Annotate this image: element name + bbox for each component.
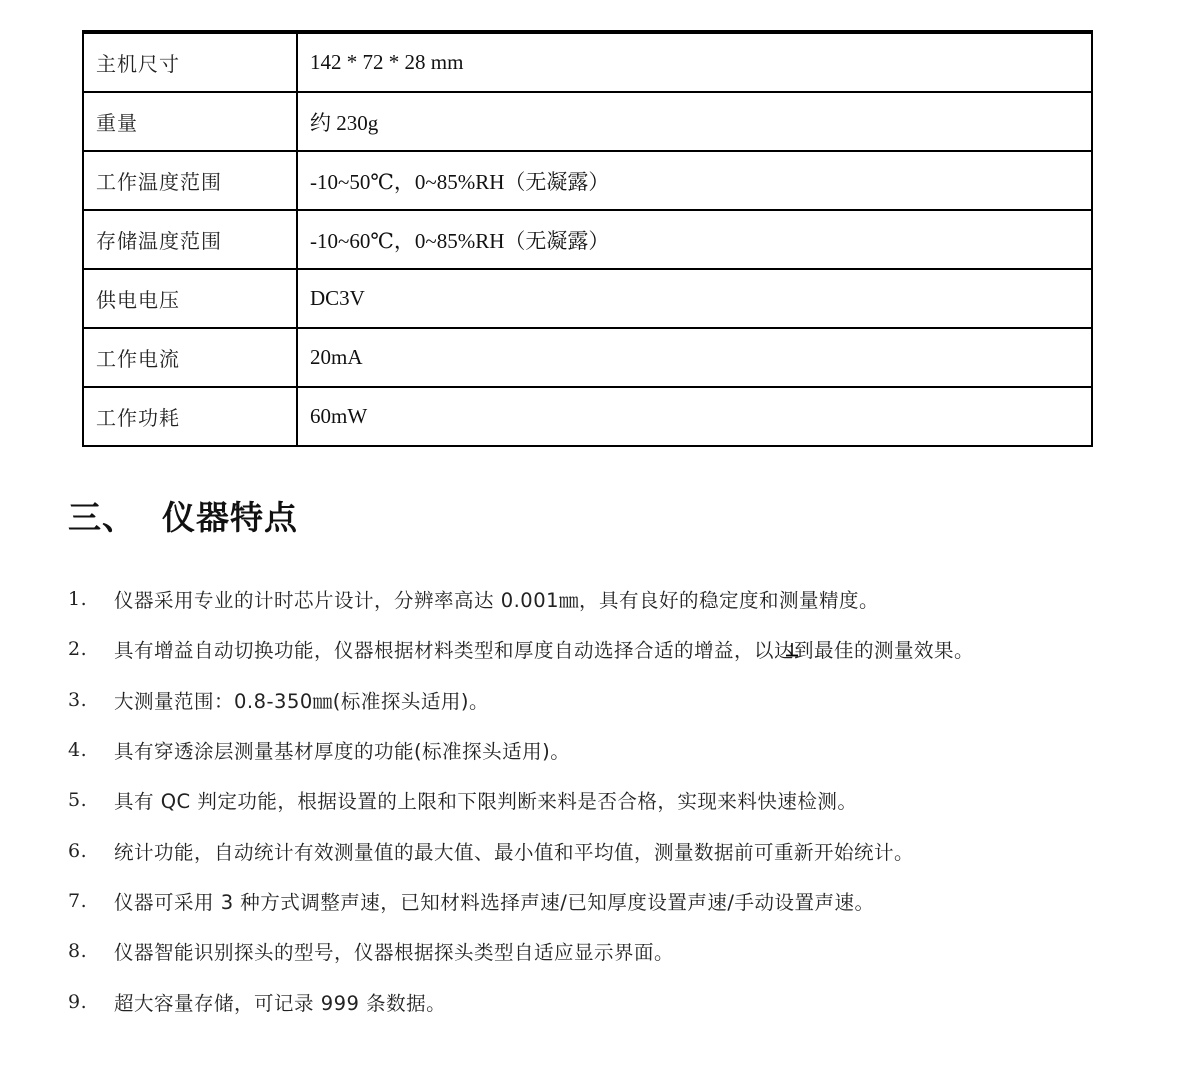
list-index: 3. <box>68 689 114 711</box>
table-row: 工作功耗 60mW <box>83 387 1092 446</box>
list-index: 7. <box>68 890 114 912</box>
list-text: 具有穿透涂层测量基材厚度的功能(标准探头适用)。 <box>114 736 570 764</box>
list-index: 9. <box>68 991 114 1013</box>
list-item: 5. 具有 QC 判定功能，根据设置的上限和下限判断来料是否合格，实现来料快速检… <box>68 775 974 825</box>
spec-label: 重量 <box>83 92 297 151</box>
list-item: 6. 统计功能，自动统计有效测量值的最大值、最小值和平均值，测量数据前可重新开始… <box>68 825 974 875</box>
spec-value: 60mW <box>297 387 1092 446</box>
spec-value: -10~60℃，0~85%RH（无凝露） <box>297 210 1092 269</box>
list-item: 3. 大测量范围：0.8-350㎜(标准探头适用)。 <box>68 675 974 725</box>
list-item: 8. 仪器智能识别探头的型号，仪器根据探头类型自适应显示界面。 <box>68 926 974 976</box>
table-row: 工作电流 20mA <box>83 328 1092 387</box>
list-item: 4. 具有穿透涂层测量基材厚度的功能(标准探头适用)。 <box>68 725 974 775</box>
spec-value: 约 230g <box>297 92 1092 151</box>
feature-list: 1. 仪器采用专业的计时芯片设计，分辨率高达 0.001㎜，具有良好的稳定度和测… <box>68 574 974 1027</box>
spec-label: 主机尺寸 <box>83 32 297 92</box>
list-index: 4. <box>68 739 114 761</box>
spec-value: -10~50℃，0~85%RH（无凝露） <box>297 151 1092 210</box>
spec-label: 供电电压 <box>83 269 297 328</box>
list-item: 2. 具有增益自动切换功能，仪器根据材料类型和厚度自动选择合适的增益，以达到最佳… <box>68 624 974 674</box>
list-text: 仪器智能识别探头的型号，仪器根据探头类型自适应显示界面。 <box>114 937 674 965</box>
table-row: 工作温度范围 -10~50℃，0~85%RH（无凝露） <box>83 151 1092 210</box>
list-index: 8. <box>68 940 114 962</box>
table-row: 供电电压 DC3V <box>83 269 1092 328</box>
list-index: 2. <box>68 638 114 660</box>
list-item: 7. 仪器可采用 3 种方式调整声速，已知材料选择声速/已知厚度设置声速/手动设… <box>68 876 974 926</box>
section-number: 三、 <box>68 492 136 539</box>
table-row: 重量 约 230g <box>83 92 1092 151</box>
spec-label: 工作电流 <box>83 328 297 387</box>
list-text: 仪器采用专业的计时芯片设计，分辨率高达 0.001㎜，具有良好的稳定度和测量精度… <box>114 585 879 613</box>
table-row: 存储温度范围 -10~60℃，0~85%RH（无凝露） <box>83 210 1092 269</box>
list-index: 1. <box>68 588 114 610</box>
spec-table: 主机尺寸 142 * 72 * 28 mm 重量 约 230g 工作温度范围 -… <box>82 30 1093 447</box>
section-title: 仪器特点 <box>162 492 298 539</box>
list-text: 具有增益自动切换功能，仪器根据材料类型和厚度自动选择合适的增益，以达到最佳的测量… <box>114 635 974 663</box>
spec-value: DC3V <box>297 269 1092 328</box>
spec-label: 工作温度范围 <box>83 151 297 210</box>
table-row: 主机尺寸 142 * 72 * 28 mm <box>83 32 1092 92</box>
list-item: 1. 仪器采用专业的计时芯片设计，分辨率高达 0.001㎜，具有良好的稳定度和测… <box>68 574 974 624</box>
text-cursor-icon <box>785 643 799 657</box>
list-text: 大测量范围：0.8-350㎜(标准探头适用)。 <box>114 686 489 714</box>
list-index: 5. <box>68 789 114 811</box>
section-heading: 三、 仪器特点 <box>68 492 298 539</box>
list-item: 9. 超大容量存储，可记录 999 条数据。 <box>68 976 974 1026</box>
spec-value: 20mA <box>297 328 1092 387</box>
spec-label: 工作功耗 <box>83 387 297 446</box>
list-text: 超大容量存储，可记录 999 条数据。 <box>114 988 446 1016</box>
spec-value: 142 * 72 * 28 mm <box>297 32 1092 92</box>
list-text: 统计功能，自动统计有效测量值的最大值、最小值和平均值，测量数据前可重新开始统计。 <box>114 837 914 865</box>
list-text: 仪器可采用 3 种方式调整声速，已知材料选择声速/已知厚度设置声速/手动设置声速… <box>114 887 874 915</box>
list-index: 6. <box>68 840 114 862</box>
list-text: 具有 QC 判定功能，根据设置的上限和下限判断来料是否合格，实现来料快速检测。 <box>114 786 857 814</box>
spec-label: 存储温度范围 <box>83 210 297 269</box>
